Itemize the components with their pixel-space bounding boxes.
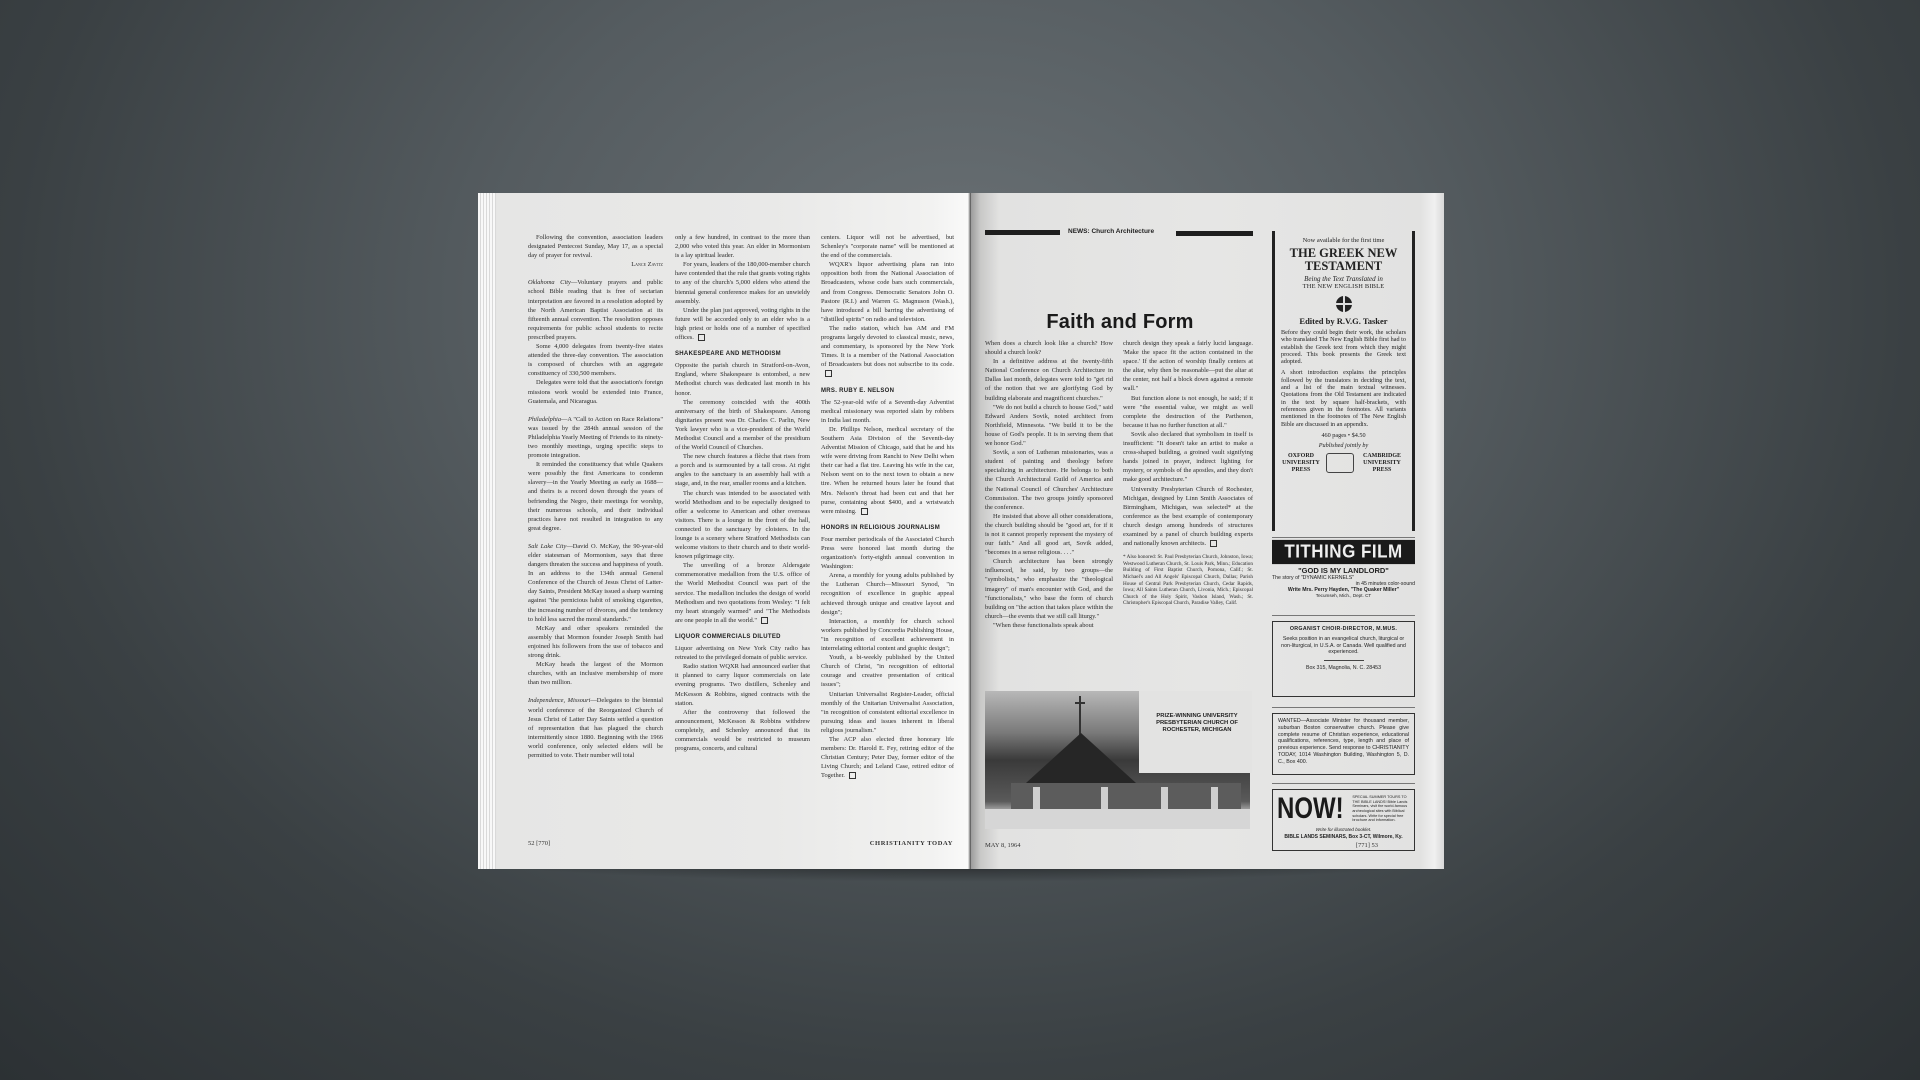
tithing-film-ad: TITHING FILM "GOD IS MY LANDLORD" The st… — [1272, 541, 1415, 598]
header-rule-right — [1176, 231, 1253, 236]
paragraph: church design they speak a fairly lucid … — [1123, 339, 1253, 394]
university-seal-icon — [1326, 453, 1354, 473]
paragraph: Delegates were told that the association… — [528, 378, 663, 405]
paragraph: Sovik, a son of Lutheran missionaries, w… — [985, 448, 1113, 512]
page-number-left: 52 [770] — [528, 840, 550, 847]
paragraph: The ceremony coincided with the 400th an… — [675, 398, 810, 453]
ad-price: 460 pages • $4.50 — [1281, 432, 1406, 439]
ad-title: THE GREEK NEW TESTAMENT — [1281, 247, 1406, 273]
paragraph: Some 4,000 delegates from twenty-five st… — [528, 342, 663, 378]
bible-lands-ad: NOW! SPECIAL SUMMER TOURS TO THE BIBLE L… — [1272, 789, 1415, 851]
paragraph: Church architecture has been strongly in… — [985, 557, 1113, 621]
paragraph: Interaction, a monthly for church school… — [821, 617, 954, 653]
ad-body-1: Before they could begin their work, the … — [1281, 329, 1406, 365]
paragraph: Youth, a bi-weekly published by the Unit… — [821, 653, 954, 689]
organist-ad: ORGANIST CHOIR-DIRECTOR, M.MUS. Seeks po… — [1272, 621, 1415, 697]
ad-divider — [1272, 707, 1415, 708]
left-column-2: only a few hundred, in contrast to the m… — [675, 233, 810, 753]
publishers: OXFORD UNIVERSITY PRESS CAMBRIDGE UNIVER… — [1281, 453, 1406, 474]
paragraph: Radio station WQXR had announced earlier… — [675, 662, 810, 707]
paragraph: Dr. Phillips Nelson, medical secretary o… — [821, 425, 954, 516]
page-edges — [478, 193, 496, 869]
paragraph: Sovik also declared that symbolism in it… — [1123, 430, 1253, 485]
left-column-3: centers. Liquor will not be advertised, … — [821, 233, 954, 780]
tithing-line-4: Tecumseh, Mich., Dept. CT — [1272, 593, 1415, 598]
paragraph: WQXR's liquor advertising plans ran into… — [821, 260, 954, 324]
right-page: NEWS: Church Architecture Faith and Form… — [971, 193, 1444, 869]
paragraph: In a definitive address at the twenty-fi… — [985, 357, 1113, 402]
paragraph: After the controversy that followed the … — [675, 708, 810, 753]
ad-divider — [1272, 537, 1415, 538]
paragraph: Following the convention, association le… — [528, 233, 663, 260]
header-rule-left — [985, 230, 1060, 235]
page-number-right: [771] 53 — [1356, 842, 1378, 849]
now-headline: NOW! — [1277, 793, 1344, 825]
paragraph: McKay heads the largest of the Mormon ch… — [528, 660, 663, 687]
paragraph: Liquor advertising on New York City radi… — [675, 644, 810, 662]
paragraph: For years, leaders of the 180,000-member… — [675, 260, 810, 305]
right-column-2: church design they speak a fairly lucid … — [1123, 339, 1253, 607]
end-mark-icon — [825, 370, 832, 377]
section-label: NEWS: Church Architecture — [1068, 228, 1154, 235]
paragraph: Salt Lake City—David O. McKay, the 90-ye… — [528, 542, 663, 624]
paragraph: Oklahoma City—Voluntary prayers and publ… — [528, 278, 663, 342]
left-column-1: Following the convention, association le… — [528, 233, 663, 760]
end-mark-icon — [849, 772, 856, 779]
cross-icon — [1075, 702, 1085, 704]
byline: Lance Zavitz — [528, 260, 663, 269]
organist-address: Box 315, Magnolia, N. C. 28453 — [1278, 665, 1409, 672]
paragraph: Under the plan just approved, voting rig… — [675, 306, 810, 342]
wanted-ad: WANTED—Associate Minister for thousand m… — [1272, 713, 1415, 775]
photo-ground — [985, 809, 1250, 829]
publisher-cambridge: CAMBRIDGE UNIVERSITY PRESS — [1358, 453, 1406, 474]
ad-published: Published jointly by — [1281, 442, 1406, 449]
section-heading: HONORS IN RELIGIOUS JOURNALISM — [821, 524, 954, 533]
church-roof — [1026, 733, 1136, 783]
ad-divider — [1272, 615, 1415, 616]
paragraph: centers. Liquor will not be advertised, … — [821, 233, 954, 260]
tithing-title: TITHING FILM — [1272, 540, 1415, 564]
paragraph: Opposite the parish church in Stratford-… — [675, 361, 810, 397]
paragraph: "We do not build a church to house God,"… — [985, 403, 1113, 448]
ad-subtitle: Being the Text Translated in — [1281, 275, 1406, 283]
issue-date: MAY 8, 1964 — [985, 842, 1020, 849]
ad-subtitle-2: THE NEW ENGLISH BIBLE — [1281, 283, 1406, 290]
paragraph: Four member periodicals of the Associate… — [821, 535, 954, 571]
left-page: Following the convention, association le… — [478, 193, 971, 869]
wanted-body: WANTED—Associate Minister for thousand m… — [1278, 718, 1409, 766]
paragraph: McKay and other speakers reminded the as… — [528, 624, 663, 660]
section-heading: MRS. RUBY E. NELSON — [821, 387, 954, 396]
now-write: Write for illustrated booklet. — [1277, 827, 1410, 834]
paragraph: He insisted that above all other conside… — [985, 512, 1113, 557]
paragraph: The new church features a flèche that ri… — [675, 452, 810, 488]
now-small-text: SPECIAL SUMMER TOURS TO THE BIBLE LANDS!… — [1352, 795, 1410, 823]
section-header: NEWS: Church Architecture — [985, 229, 1255, 237]
paragraph: "When these functionalists speak about — [985, 621, 1113, 630]
photo-caption: PRIZE-WINNING UNIVERSITY PRESBYTERIAN CH… — [1143, 713, 1251, 734]
paragraph: It reminded the constituency that while … — [528, 460, 663, 533]
paragraph: only a few hundred, in contrast to the m… — [675, 233, 810, 260]
paragraph: The ACP also elected three honorary life… — [821, 735, 954, 780]
ad-divider — [1272, 783, 1415, 784]
paragraph: Arena, a monthly for young adults publis… — [821, 571, 954, 616]
ad-kicker: Now available for the first time — [1281, 237, 1406, 244]
organist-body: Seeks position in an evangelical church,… — [1278, 636, 1409, 656]
paragraph: The unveiling of a bronze Aldersgate com… — [675, 561, 810, 625]
paragraph: The church was intended to be associated… — [675, 489, 810, 562]
magazine-name: CHRISTIANITY TODAY — [870, 840, 953, 847]
church-wall — [1011, 783, 1241, 809]
paragraph: The 52-year-old wife of a Seventh-day Ad… — [821, 398, 954, 425]
section-heading: LIQUOR COMMERCIALS DILUTED — [675, 633, 810, 642]
cross-emblem-icon — [1336, 296, 1352, 312]
paragraph: University Presbyterian Church of Roches… — [1123, 485, 1253, 549]
now-address: BIBLE LANDS SEMINARS, Box 3-CT, Wilmore,… — [1277, 834, 1410, 841]
paragraph: But function alone is not enough, he sai… — [1123, 394, 1253, 430]
paragraph: Unitarian Universalist Register-Leader, … — [821, 690, 954, 735]
end-mark-icon — [1210, 540, 1217, 547]
organist-title: ORGANIST CHOIR-DIRECTOR, M.MUS. — [1278, 626, 1409, 633]
right-column-1: When does a church look like a church? H… — [985, 339, 1113, 630]
end-mark-icon — [861, 508, 868, 515]
footnote: * Also honored: St. Paul Presbyterian Ch… — [1123, 554, 1253, 607]
paragraph: When does a church look like a church? H… — [985, 339, 1113, 357]
greek-new-testament-ad: Now available for the first time THE GRE… — [1272, 231, 1415, 531]
magazine-spread: Following the convention, association le… — [478, 193, 1444, 869]
section-heading: SHAKESPEARE AND METHODISM — [675, 350, 810, 359]
ad-body-2: A short introduction explains the princi… — [1281, 369, 1406, 427]
ad-editor: Edited by R.V.G. Tasker — [1281, 316, 1406, 326]
publisher-oxford: OXFORD UNIVERSITY PRESS — [1281, 453, 1321, 474]
tithing-subtitle: "GOD IS MY LANDLORD" — [1272, 566, 1415, 575]
paragraph: The radio station, which has AM and FM p… — [821, 324, 954, 379]
article-title: Faith and Form — [985, 311, 1255, 334]
paragraph: Philadelphia—A "Call to Action on Race R… — [528, 415, 663, 460]
end-mark-icon — [698, 334, 705, 341]
paragraph: Independence, Missouri—Delegates to the … — [528, 696, 663, 760]
end-mark-icon — [761, 617, 768, 624]
